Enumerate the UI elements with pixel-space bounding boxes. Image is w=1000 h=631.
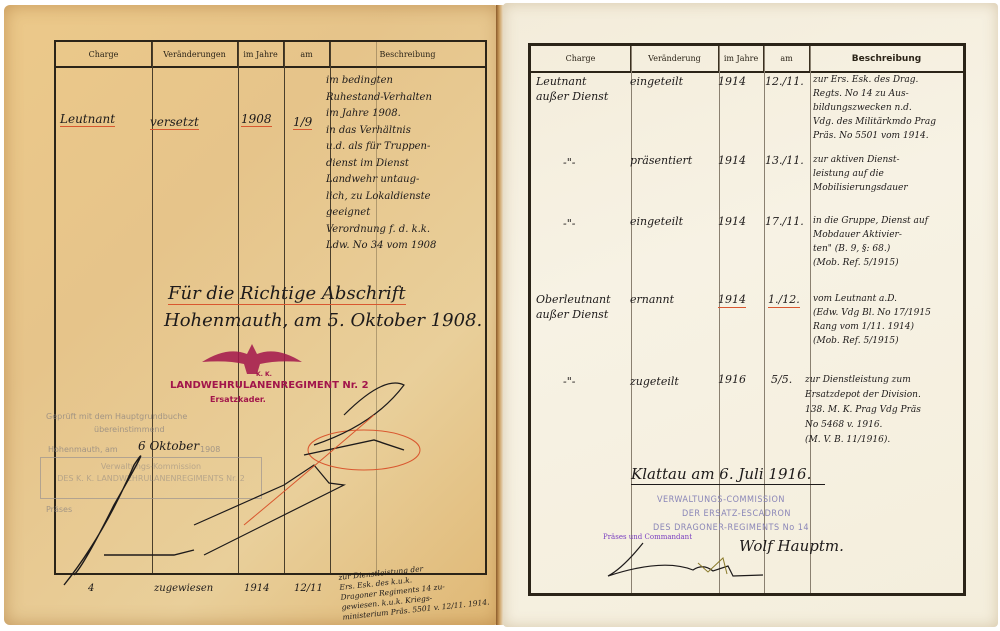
row3-year: 1914 [718,214,746,229]
row3-day: 17./11. [765,214,804,229]
row4-year: 1914 [718,292,746,308]
signatures-left [44,355,464,595]
row4-day: 1./12. [768,292,800,308]
bottom-entry-day: 12/11 [294,581,323,596]
col-change: Veränderung [631,46,719,71]
stamp-line-3: DES DRAGONER-REGIMENTS No 14 [653,523,809,533]
col-description: Beschreibung [810,46,963,71]
row1-change: eingeteilt [630,74,683,89]
signature-right: Wolf Hauptm. [739,537,844,555]
row4-charge: Oberleutnant außer Dienst [536,292,611,322]
row5-year: 1916 [718,372,746,387]
bottom-entry-year: 1914 [244,581,269,596]
stamp-line-1: VERWALTUNGS-COMMISSION [657,495,785,505]
left-page: Charge Veränderungen im Jahre am Beschre… [4,5,500,625]
row5-change: zugeteilt [630,374,679,389]
left-table-header: Charge Veränderungen im Jahre am Beschre… [56,42,485,68]
row1-day: 12./11. [765,74,804,89]
row2-change: präsentiert [630,153,692,168]
certification-line-1: Für die Richtige Abschrift [168,283,406,305]
row5-charge: -"- [563,374,576,389]
certification-line-2: Hohenmauth, am 5. Oktober 1908. [164,310,482,331]
row4-change: ernannt [630,292,674,307]
col-year: im Jahre [238,42,284,66]
row1-charge: Leutnant außer Dienst [536,74,608,104]
col-charge: Charge [56,42,152,66]
row4-description: vom Leutnant a.D. (Edw. Vdg Bl. No 17/19… [813,292,931,348]
entry-charge: Leutnant [60,112,115,127]
row3-charge: -"- [563,216,576,231]
entry-day: 1/9 [293,115,312,130]
row1-year: 1914 [718,74,746,89]
col-changes: Veränderungen [152,42,238,66]
col-day: am [284,42,330,66]
place-date: Klattau am 6. Juli 1916. [631,465,825,485]
bottom-entry-change: zugewiesen [154,581,213,596]
col-day: am [764,46,810,71]
row5-description: zur Dienstleistung zum Ersatzdepot der D… [805,373,921,448]
row1-description: zur Ers. Esk. des Drag. Regts. No 14 zu … [813,73,936,143]
row2-year: 1914 [718,153,746,168]
row5-day: 5/5. [771,372,792,387]
col-charge: Charge [531,46,631,71]
entry-description: im bedingten Ruhestand-Verhalten im Jahr… [326,73,436,255]
col-year: im Jahre [719,46,764,71]
col-description: Beschreibung [330,42,485,66]
stamp-line-2: DER ERSATZ-ESCADRON [682,509,791,519]
row3-change: eingeteilt [630,214,683,229]
row3-description: in die Gruppe, Dienst auf Mobdauer Aktiv… [813,214,928,270]
row2-charge: -"- [563,155,576,170]
row2-day: 13./11. [765,153,804,168]
right-table-header: Charge Veränderung im Jahre am Beschreib… [531,46,963,73]
entry-change: versetzt [150,115,199,130]
row2-description: zur aktiven Dienst- leistung auf die Mob… [813,153,908,195]
bottom-entry-number: 4 [88,581,94,596]
right-page: Charge Veränderung im Jahre am Beschreib… [503,3,998,627]
entry-year: 1908 [241,112,272,127]
